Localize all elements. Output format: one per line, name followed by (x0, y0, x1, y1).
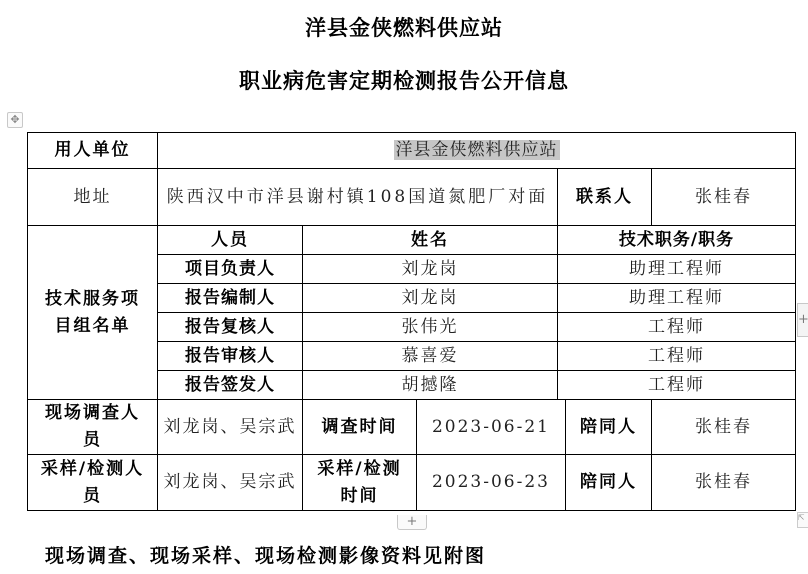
team-role: 项目负责人 (158, 255, 303, 284)
sampling-staff-value[interactable]: 刘龙岗、吴宗武 (158, 455, 303, 511)
team-role: 报告审核人 (158, 342, 303, 371)
team-title[interactable]: 工程师 (558, 342, 796, 371)
table-resize-icon[interactable]: ⇱ (797, 512, 808, 528)
team-role: 报告签发人 (158, 371, 303, 400)
team-header-role: 人员 (158, 226, 303, 255)
employer-label: 用人单位 (28, 133, 158, 169)
survey-staff-value[interactable]: 刘龙岗、吴宗武 (158, 400, 303, 455)
team-label: 技术服务项目组名单 (28, 226, 158, 400)
employer-value-cell[interactable]: 洋县金侠燃料供应站 (158, 133, 796, 169)
contact-label: 联系人 (558, 169, 652, 226)
team-name[interactable]: 慕喜爱 (303, 342, 558, 371)
sampling-escort-label: 陪同人 (566, 455, 652, 511)
team-name[interactable]: 胡撼隆 (303, 371, 558, 400)
team-name[interactable]: 张伟光 (303, 313, 558, 342)
team-title[interactable]: 工程师 (558, 371, 796, 400)
team-name[interactable]: 刘龙岗 (303, 284, 558, 313)
address-label: 地址 (28, 169, 158, 226)
table-move-handle-icon[interactable]: ✥ (7, 112, 23, 128)
sampling-time-value[interactable]: 2023-06-23 (417, 455, 566, 511)
team-title[interactable]: 助理工程师 (558, 255, 796, 284)
team-title[interactable]: 工程师 (558, 313, 796, 342)
survey-time-label: 调查时间 (303, 400, 417, 455)
team-role: 报告编制人 (158, 284, 303, 313)
sampling-escort-value[interactable]: 张桂春 (652, 455, 796, 511)
document-title: 洋县金侠燃料供应站 (0, 12, 808, 42)
survey-staff-label: 现场调查人员 (28, 400, 158, 455)
team-header-title: 技术职务/职务 (558, 226, 796, 255)
survey-time-value[interactable]: 2023-06-21 (417, 400, 566, 455)
add-row-icon[interactable]: + (397, 515, 427, 530)
add-column-icon[interactable]: + (797, 303, 808, 337)
survey-escort-label: 陪同人 (566, 400, 652, 455)
team-name[interactable]: 刘龙岗 (303, 255, 558, 284)
team-role: 报告复核人 (158, 313, 303, 342)
survey-escort-value[interactable]: 张桂春 (652, 400, 796, 455)
document-subtitle: 职业病危害定期检测报告公开信息 (0, 65, 808, 95)
employer-value: 洋县金侠燃料供应站 (394, 140, 560, 160)
footer-note: 现场调查、现场采样、现场检测影像资料见附图 (45, 541, 486, 568)
team-header-name: 姓名 (303, 226, 558, 255)
contact-value[interactable]: 张桂春 (652, 169, 796, 226)
sampling-staff-label: 采样/检测人员 (28, 455, 158, 511)
team-title[interactable]: 助理工程师 (558, 284, 796, 313)
report-table: 用人单位 洋县金侠燃料供应站 地址 陕西汉中市洋县谢村镇108国道氮肥厂对面 联… (27, 132, 796, 511)
sampling-time-label: 采样/检测时间 (303, 455, 417, 511)
address-value[interactable]: 陕西汉中市洋县谢村镇108国道氮肥厂对面 (158, 169, 558, 226)
